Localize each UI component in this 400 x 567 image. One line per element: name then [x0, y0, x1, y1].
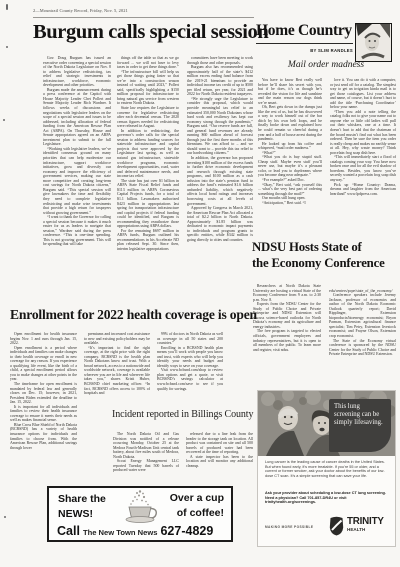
- enrollment-column-2: premiums and increased cost assistance t…: [84, 332, 150, 410]
- burgum-article-column-2: things off the table so that as we go fo…: [117, 56, 179, 304]
- columnist-sketch-image: [355, 23, 392, 62]
- incident-column-2: released due to a line leak from the hea…: [186, 432, 253, 482]
- home-country-subhead: Mail order madness: [256, 60, 396, 70]
- enrollment-column-1: Open enrollment for health insurance beg…: [10, 332, 77, 479]
- coffee-ad-text: of coffee!: [177, 507, 224, 519]
- scan-artifact: [3, 119, 5, 121]
- burgum-article-column-1: Gov. Doug Burgum has issued an executive…: [43, 56, 111, 304]
- ndsu-article-column-1: Researchers at North Dakota State Univer…: [253, 284, 321, 388]
- trinity-brand-subtext: HEALTH: [347, 527, 365, 532]
- trinity-logo-icon: [329, 516, 344, 536]
- home-country-column-1: You have to know Bert really well before…: [258, 78, 322, 230]
- coffee-ad-call: Call: [57, 524, 80, 538]
- coffee-ad-text: Share the: [58, 493, 106, 505]
- ndsu-article-column-2: edu/centers/pcpe/state_of_the_economy/ C…: [329, 284, 396, 388]
- trinity-ad-body: Lung cancer is the leading cause of canc…: [265, 460, 389, 478]
- scan-artifact: [6, 4, 8, 10]
- burgum-article-column-3: committees have been meeting to work thr…: [187, 56, 253, 304]
- trinity-ad-cta: Ask your provider about scheduling a low…: [265, 491, 387, 505]
- masthead-folio-line: 2—Mountrail County Record, Friday, Nov. …: [33, 8, 128, 13]
- trinity-ad-tagline: This lung screening can be simply lifesa…: [329, 399, 391, 452]
- incident-column-1: The North Dakota Oil and Gas Division wa…: [113, 432, 179, 482]
- coffee-ad-paper-name: The New Town News: [83, 528, 158, 537]
- trinity-health-logo: TRINITY HEALTH: [329, 516, 393, 540]
- trinity-ad-slogan: MAKING MORE POSSIBLE: [265, 525, 313, 529]
- headline-home-country: Home Country: [256, 22, 356, 40]
- coffee-ad-phone: 627-4829: [160, 524, 213, 538]
- headline-burgum-special-session: Burgum calls special session: [33, 22, 259, 44]
- new-town-news-ad: Share the NEWS! Over a cup of coffee! Ca…: [47, 486, 233, 542]
- coffee-ad-text: NEWS!: [58, 508, 93, 520]
- enrollment-column-3: 99% of doctors in North Dakota as well a…: [157, 332, 223, 410]
- trinity-health-ad: This lung screening can be simply lifesa…: [257, 390, 396, 547]
- headline-ndsu-line1: NDSU Hosts State of: [252, 240, 399, 255]
- home-country-byline: BY SLIM RANDLES: [256, 48, 353, 53]
- headline-incident-billings: Incident reported in Billings County: [112, 409, 258, 420]
- coffee-cup-icon: [117, 489, 165, 525]
- headline-ndsu-line2: the Economy Conference: [252, 256, 399, 271]
- newspaper-page: 2—Mountrail County Record, Friday, Nov. …: [0, 0, 400, 567]
- home-country-column-2: love it. You can do it with a computer, …: [330, 78, 396, 230]
- scan-artifact: [4, 516, 6, 518]
- coffee-ad-text: Over a cup: [170, 492, 224, 504]
- coffee-ad-call-line: Call The New Town News 627-4829: [57, 524, 227, 538]
- trinity-brand-text: TRINITY: [347, 516, 384, 527]
- home-country-rule: [256, 43, 353, 44]
- scan-artifact: [6, 46, 8, 48]
- headline-enrollment: Enrollment for 2022 health coverage is o…: [10, 307, 258, 323]
- sketch-drawing: [356, 24, 390, 60]
- masthead-rule: [33, 17, 254, 18]
